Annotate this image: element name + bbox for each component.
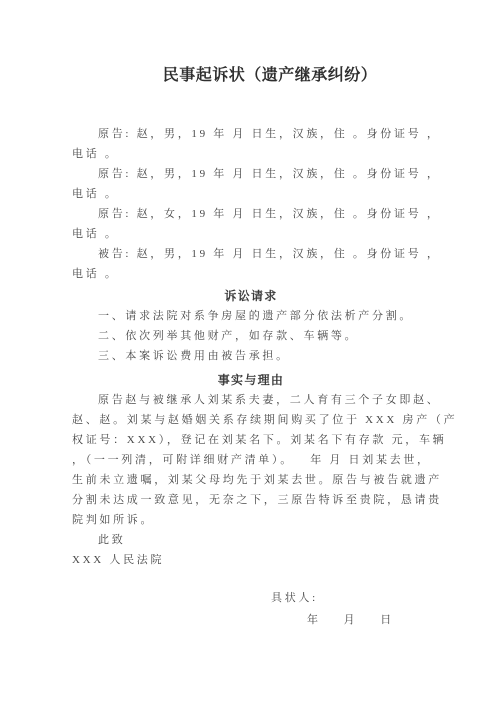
facts-line: 生前未立遗嘱，刘某父母均先于刘某去世。原告与被告就遗产 — [72, 470, 430, 490]
facts-line: 原告赵与被继承人刘某系夫妻，二人育有三个子女即赵、 — [72, 390, 430, 410]
parties-section: 原告: 赵，男，19 年 月 日生，汉族，住 。身份证号 ， 电话 。 原告: … — [72, 124, 430, 284]
facts-line: 权证号：XXX），登记在刘某名下。刘某名下有存款 元，车辆 — [72, 430, 430, 450]
plaintiff-1-line-1: 原告: 赵，男，19 年 月 日生，汉族，住 。身份证号 ， — [72, 124, 430, 144]
facts-heading: 事实与理由 — [72, 370, 430, 390]
court-name: XXX 人民法院 — [72, 550, 430, 570]
facts-line: 分割未达成一致意见，无奈之下，三原告特诉至贵院，恳请贵 — [72, 490, 430, 510]
plaintiff-3-line-1: 原告: 赵，女，19 年 月 日生，汉族，住 。身份证号 ， — [72, 204, 430, 224]
claims-section: 一、请求法院对系争房屋的遗产部分依法析产分割。 二、依次列举其他财产，如存款、车… — [72, 306, 430, 366]
facts-line: 赵、赵。刘某与赵婚姻关系存续期间购买了位于 XXX 房产（产 — [72, 410, 430, 430]
facts-line: ，（一一列清，可附详细财产清单）。 年 月 日刘某去世， — [72, 450, 430, 470]
petitioner-label: 具状人: — [72, 588, 430, 608]
plaintiff-3-line-2: 电话 。 — [72, 224, 430, 244]
signature-date-line: 年 月 日 — [72, 610, 430, 630]
claim-item-3: 三、本案诉讼费用由被告承担。 — [72, 346, 430, 366]
closing-section: 此致 XXX 人民法院 — [72, 530, 430, 570]
civil-complaint-document: 民事起诉状（遗产继承纠纷） 原告: 赵，男，19 年 月 日生，汉族，住 。身份… — [0, 0, 500, 708]
plaintiff-1-line-2: 电话 。 — [72, 144, 430, 164]
claim-item-2: 二、依次列举其他财产，如存款、车辆等。 — [72, 326, 430, 346]
facts-section: 原告赵与被继承人刘某系夫妻，二人育有三个子女即赵、 赵、赵。刘某与赵婚姻关系存续… — [72, 390, 430, 530]
document-title: 民事起诉状（遗产继承纠纷） — [72, 64, 430, 88]
defendant-line-1: 被告: 赵，男，19 年 月 日生，汉族，住 。身份证号 ， — [72, 244, 430, 264]
plaintiff-2-line-2: 电话 。 — [72, 184, 430, 204]
facts-line: 院判如所诉。 — [72, 510, 430, 530]
plaintiff-2-line-1: 原告: 赵，男，19 年 月 日生，汉族，住 。身份证号 ， — [72, 164, 430, 184]
signature-section: 具状人: 年 月 日 — [72, 588, 430, 630]
claim-item-1: 一、请求法院对系争房屋的遗产部分依法析产分割。 — [72, 306, 430, 326]
closing-salutation: 此致 — [72, 530, 430, 550]
defendant-line-2: 电话 。 — [72, 264, 430, 284]
claims-heading: 诉讼请求 — [72, 286, 430, 306]
document-content: 民事起诉状（遗产继承纠纷） 原告: 赵，男，19 年 月 日生，汉族，住 。身份… — [0, 0, 500, 630]
